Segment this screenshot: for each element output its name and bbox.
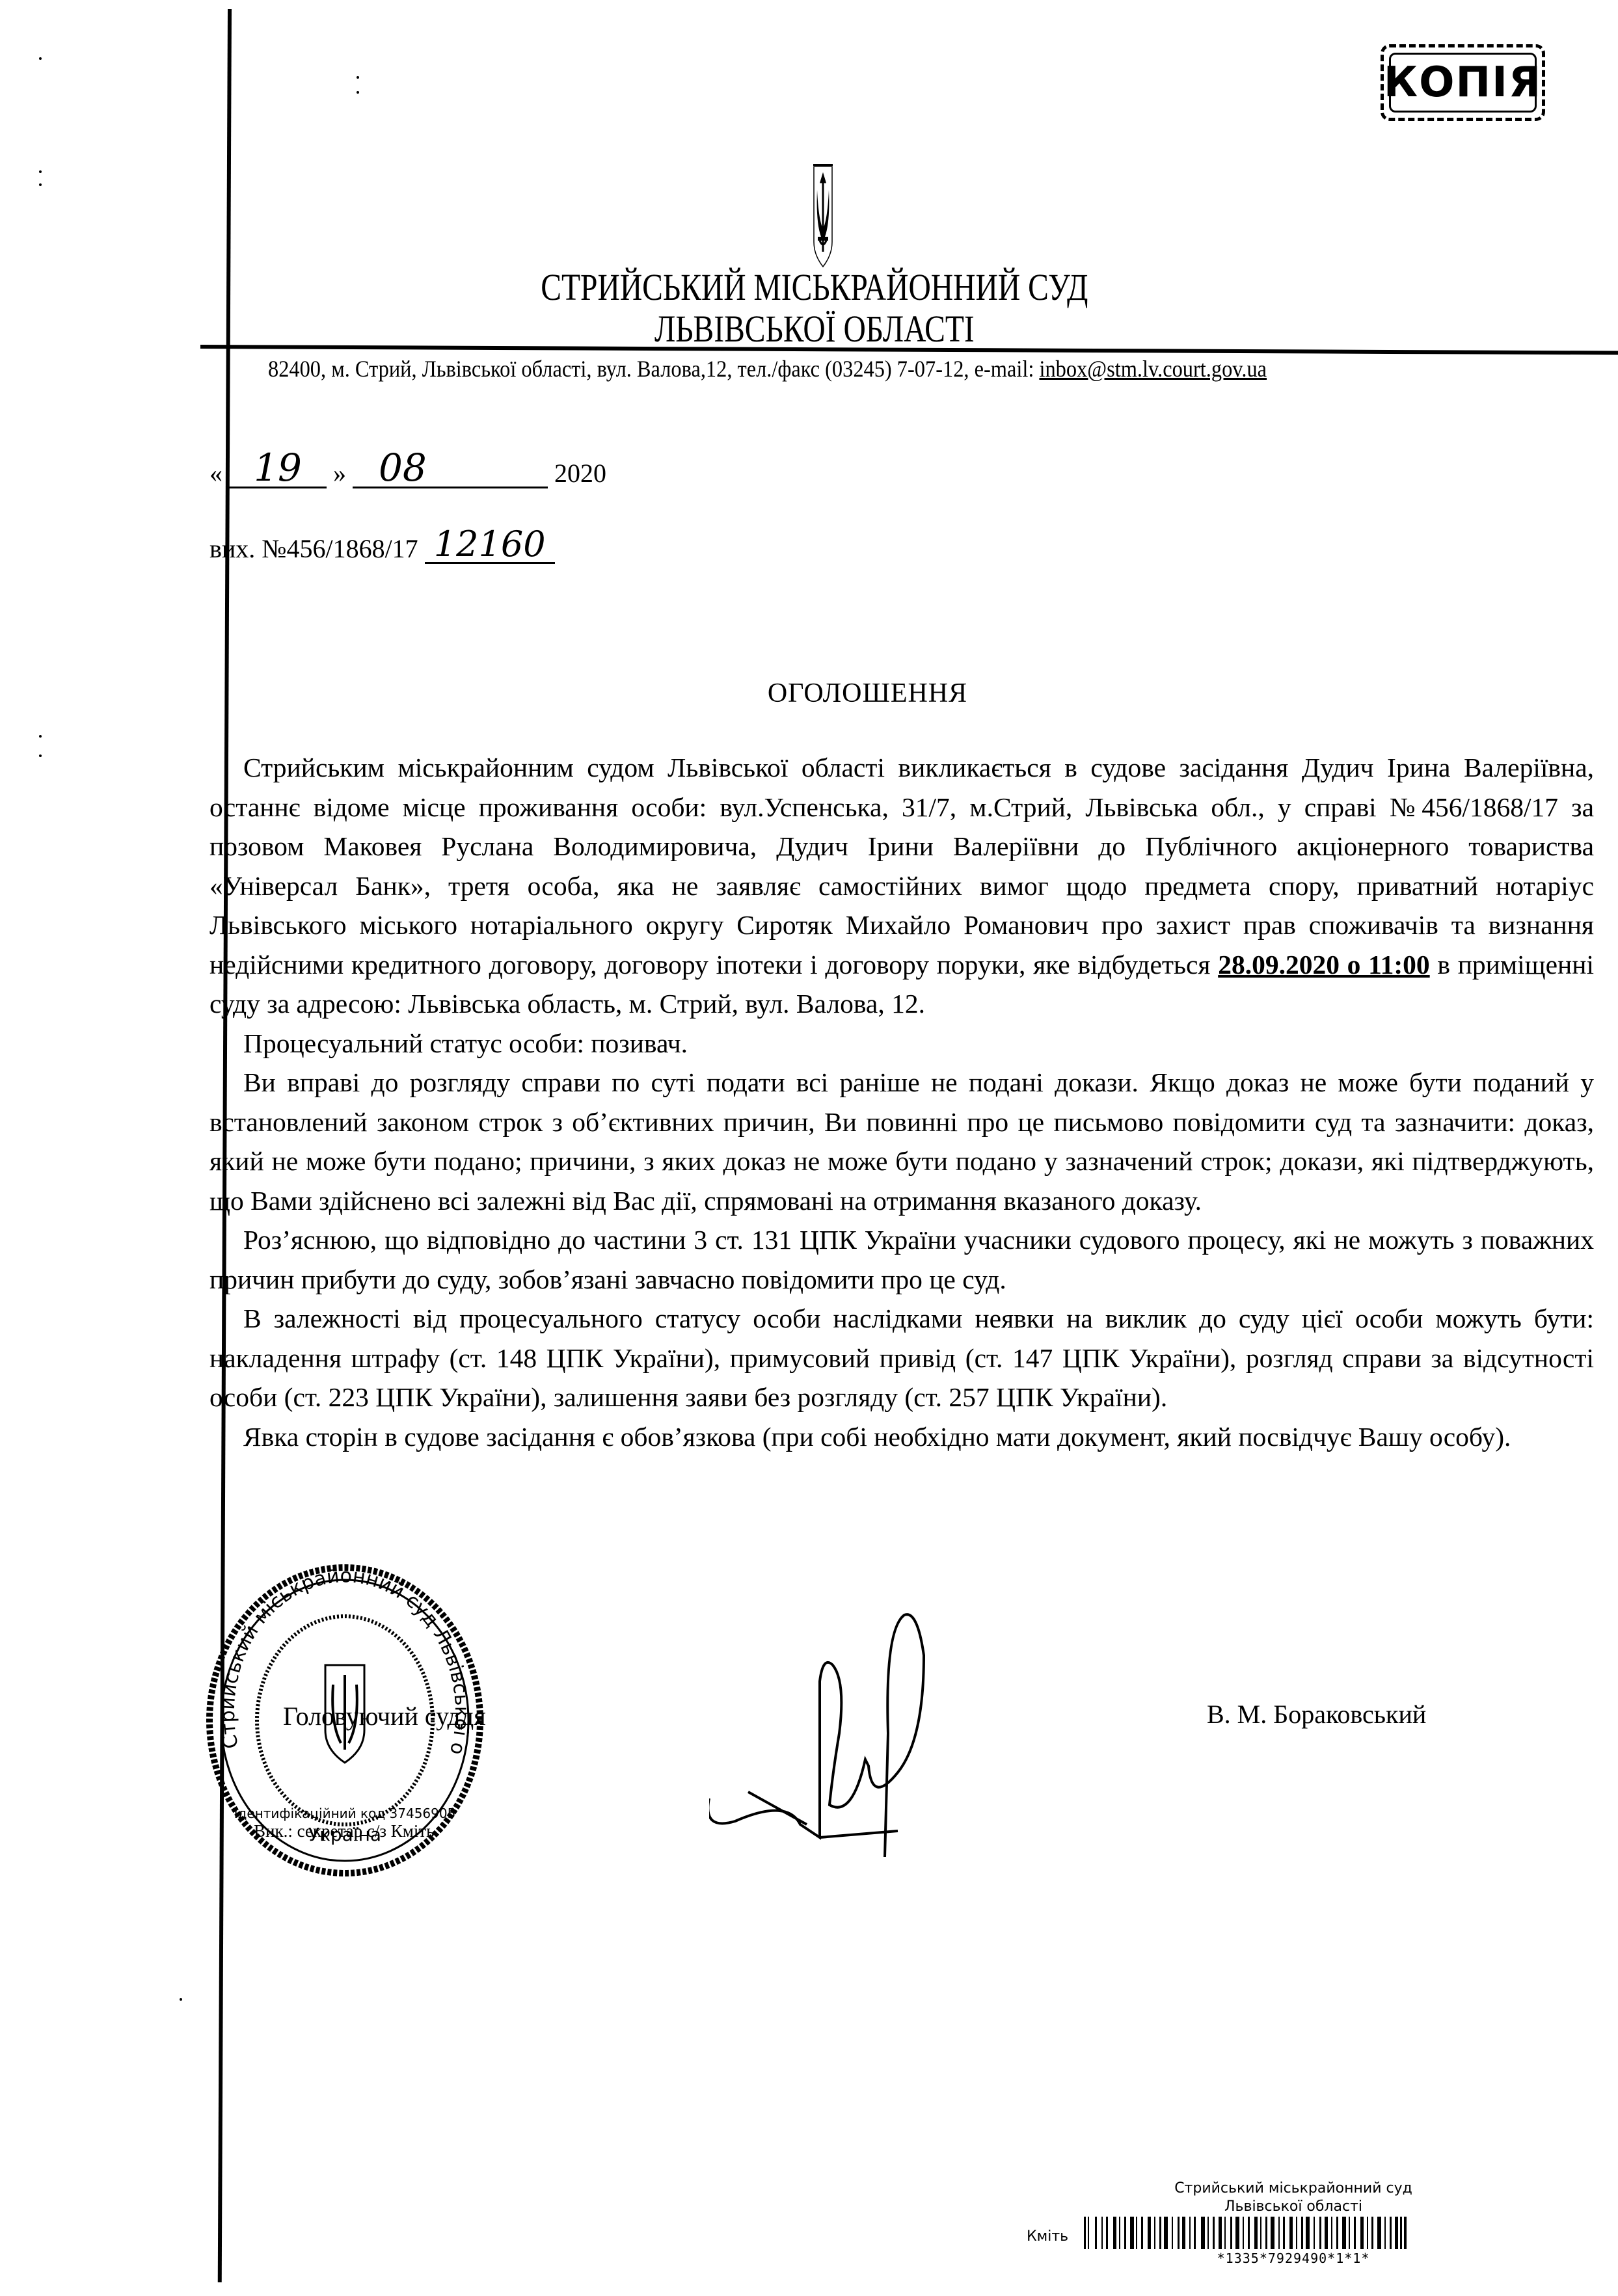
executor-line: Вик.: секретар с/з Кміть	[254, 1821, 434, 1841]
signature-icon	[709, 1603, 969, 1876]
scan-speck	[357, 76, 359, 79]
trident-icon	[813, 164, 833, 268]
paragraph-status: Процесуальний статус особи: позивач.	[209, 1024, 1594, 1063]
hearing-datetime: 28.09.2020 о 11:00	[1218, 950, 1429, 980]
presiding-judge-role: Головуючий суддя	[283, 1701, 486, 1731]
outgoing-number-prefix: вих. №456/1868/17	[209, 534, 418, 563]
copy-stamp-label: КОПІЯ	[1384, 59, 1542, 107]
open-quote: «	[209, 459, 222, 488]
barcode-court-line1: Стрийський міськрайонний суд	[1007, 2180, 1580, 2196]
paragraph-evidence: Ви вправі до розгляду справи по суті под…	[209, 1063, 1594, 1220]
document-title: ОГОЛОШЕННЯ	[0, 678, 1618, 709]
scan-speck	[39, 57, 42, 60]
scan-speck	[39, 183, 42, 186]
date-day-field: 19	[229, 449, 327, 488]
court-name-line2: ЛЬВІВСЬКОЇ ОБЛАСТІ	[151, 307, 1477, 351]
barcode-label: Кміть	[1027, 2228, 1068, 2245]
paragraph-explanation: Роз’яснюю, що відповідно до частини 3 ст…	[209, 1220, 1594, 1299]
paragraph-summons: Стрийським міськрайонним судом Львівсько…	[209, 748, 1594, 1024]
judge-name: В. М. Бораковський	[1207, 1699, 1426, 1729]
summons-text: Стрийським міськрайонним судом Львівсько…	[209, 753, 1594, 980]
barcode-number: *1335*7929490*1*1*	[1007, 2250, 1580, 2266]
email-link[interactable]: inbox@stm.lv.court.gov.ua	[1039, 356, 1267, 382]
court-address: 82400, м. Стрий, Львівської області, вул…	[268, 355, 1267, 382]
copy-stamp: КОПІЯ	[1381, 44, 1545, 121]
barcode-block: Стрийський міськрайонний суд Львівської …	[1007, 2163, 1580, 2280]
paragraph-attendance: Явка сторін в судове засідання є обов’яз…	[209, 1417, 1594, 1457]
outgoing-number-handwritten: 12160	[425, 527, 555, 564]
scan-speck	[39, 754, 42, 757]
paragraph-consequences: В залежності від процесуального статусу …	[209, 1299, 1594, 1417]
barcode-bars	[1084, 2217, 1510, 2249]
document-date: « 19 » 08 2020	[209, 449, 606, 488]
svg-text:Ідентифікаційний код 37456905: Ідентифікаційний код 37456905	[234, 1806, 456, 1821]
scan-speck	[39, 170, 42, 173]
outgoing-number: вих. №456/1868/17 12160	[209, 527, 555, 564]
announcement-body: Стрийським міськрайонним судом Львівсько…	[209, 748, 1594, 1456]
date-month-field: 08	[353, 449, 548, 488]
scan-speck	[180, 1998, 182, 2001]
date-year: 2020	[554, 459, 606, 488]
barcode-court-line2: Львівської області	[1007, 2198, 1580, 2215]
scan-speck	[39, 735, 42, 738]
address-text: 82400, м. Стрий, Львівської області, вул…	[268, 356, 1039, 382]
court-name-line1: СТРИЙСЬКИЙ МІСЬКРАЙОННИЙ СУД	[151, 265, 1477, 309]
scan-speck	[357, 91, 359, 94]
close-quote: »	[333, 459, 346, 488]
